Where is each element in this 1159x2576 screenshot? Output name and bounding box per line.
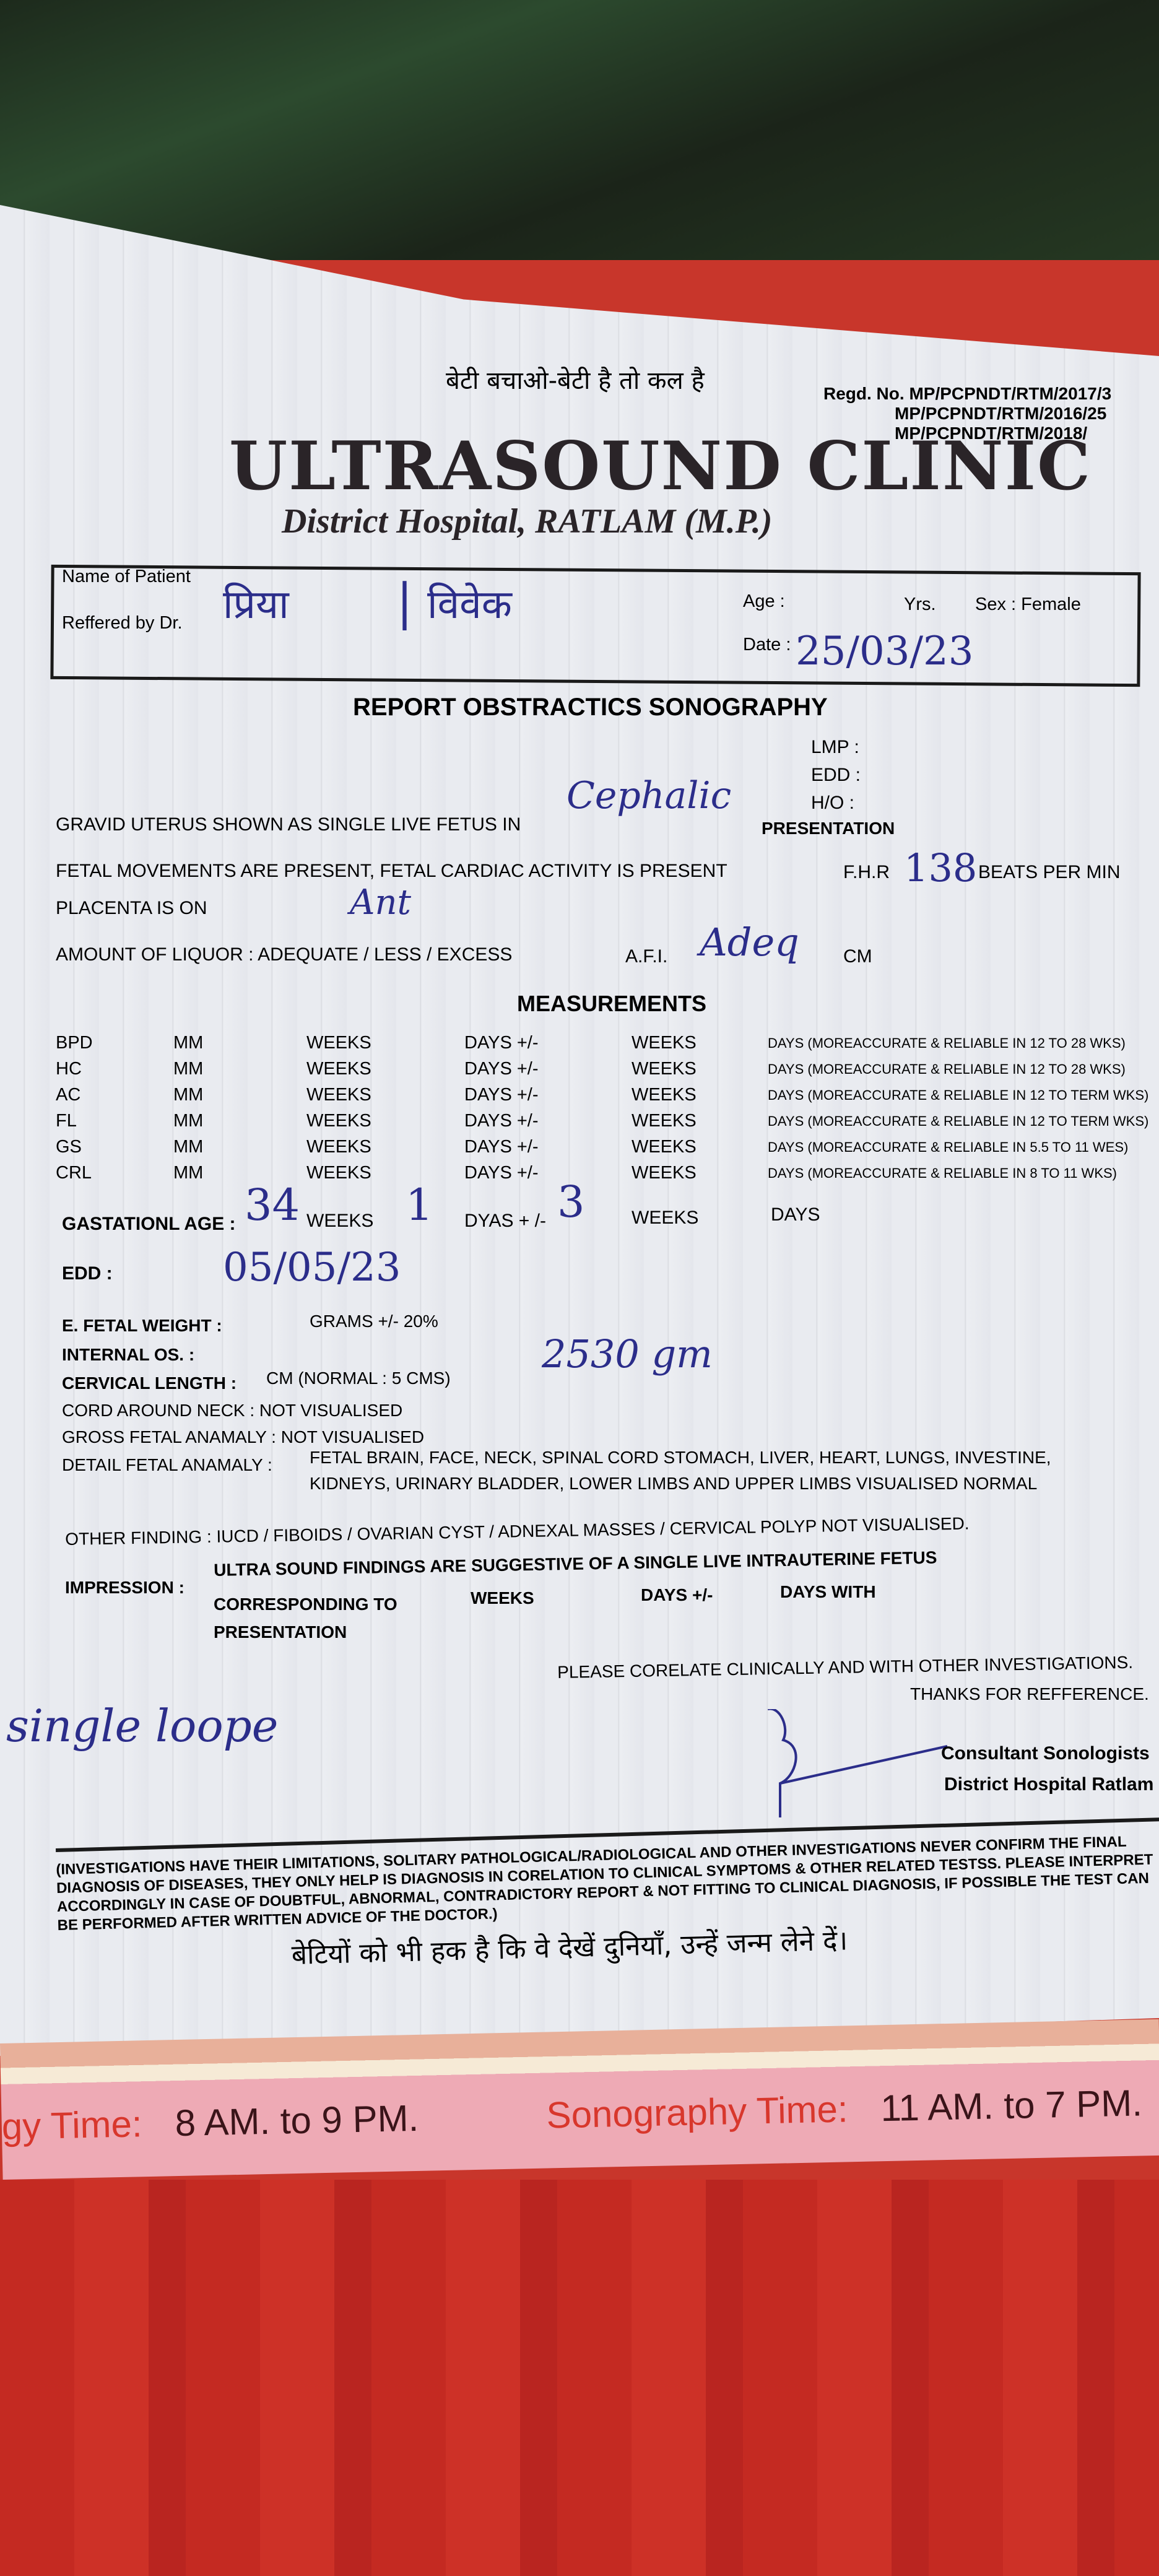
referred-doctor-value: विवेक xyxy=(427,576,512,630)
impression-days: DAYS +/- xyxy=(641,1585,713,1605)
lmp-label: LMP : xyxy=(811,737,859,758)
edd-top-label: EDD : xyxy=(811,765,861,786)
internal-os-label: INTERNAL OS. : xyxy=(62,1345,194,1365)
row-weeks2: WEEKS xyxy=(632,1033,697,1053)
gestational-days-value: 1 xyxy=(406,1180,433,1230)
red-fabric-background xyxy=(0,2180,1159,2576)
banner-left-value: 8 AM. to 9 PM. xyxy=(175,2097,419,2144)
row-note: DAYS (MOREACCURATE & RELIABLE IN 12 TO 2… xyxy=(768,1035,1126,1051)
row-name: AC xyxy=(56,1085,80,1105)
row-note: DAYS (MOREACCURATE & RELIABLE IN 8 TO 11… xyxy=(768,1165,1117,1181)
timing-banner: gy Time: 8 AM. to 9 PM. Sonography Time:… xyxy=(0,2019,1159,2180)
signature xyxy=(762,1709,960,1821)
fetal-movements-text: FETAL MOVEMENTS ARE PRESENT, FETAL CARDI… xyxy=(56,861,727,882)
liquor-text: AMOUNT OF LIQUOR : ADEQUATE / LESS / EXC… xyxy=(56,944,512,965)
fhr-unit: BEATS PER MIN xyxy=(978,862,1120,883)
row-weeks2: WEEKS xyxy=(632,1137,697,1157)
impression-days-with: DAYS WITH xyxy=(780,1582,876,1602)
patient-name-label: Name of Patient xyxy=(62,567,191,587)
name-separator: | xyxy=(396,573,413,630)
row-days: DAYS +/- xyxy=(464,1137,539,1157)
clinic-subtitle: District Hospital, RATLAM (M.P.) xyxy=(282,502,772,541)
gestational-days2-label: DAYS xyxy=(771,1204,820,1225)
gestational-weeks-label: WEEKS xyxy=(306,1211,373,1232)
gestational-weeks2-label: WEEKS xyxy=(632,1207,698,1229)
regd-label: Regd. No. xyxy=(823,384,905,403)
placenta-label: PLACENTA IS ON xyxy=(56,898,207,919)
row-weeks: WEEKS xyxy=(306,1059,371,1079)
row-note: DAYS (MOREACCURATE & RELIABLE IN 5.5 TO … xyxy=(768,1139,1128,1155)
row-unit: MM xyxy=(173,1033,203,1053)
age-label: Age : xyxy=(743,591,785,612)
row-weeks2: WEEKS xyxy=(632,1163,697,1183)
regd-number-1: MP/PCPNDT/RTM/2017/3 xyxy=(909,384,1111,403)
row-days: DAYS +/- xyxy=(464,1059,539,1079)
detail-fetal-anomaly-line2: KIDNEYS, URINARY BLADDER, LOWER LIMBS AN… xyxy=(310,1474,1037,1494)
fhr-label: F.H.R xyxy=(843,862,890,883)
row-name: BPD xyxy=(56,1033,93,1053)
edd-label: EDD : xyxy=(62,1263,113,1284)
row-note: DAYS (MOREACCURATE & RELIABLE IN 12 TO T… xyxy=(768,1087,1148,1103)
report-heading: REPORT OBSTRACTICS SONOGRAPHY xyxy=(353,694,828,721)
thanks-text: THANKS FOR REFFERENCE. xyxy=(910,1684,1149,1704)
gestational-pm-value: 3 xyxy=(557,1177,585,1227)
row-weeks2: WEEKS xyxy=(632,1059,697,1079)
yrs-label: Yrs. xyxy=(904,594,936,615)
row-weeks2: WEEKS xyxy=(632,1111,697,1131)
row-name: GS xyxy=(56,1137,82,1157)
row-weeks: WEEKS xyxy=(306,1111,371,1131)
presentation-label: PRESENTATION xyxy=(762,819,895,838)
patient-name-value: प्रिया xyxy=(223,576,289,630)
row-days: DAYS +/- xyxy=(464,1033,539,1053)
referred-by-label: Reffered by Dr. xyxy=(62,613,183,633)
row-weeks: WEEKS xyxy=(306,1033,371,1053)
ho-label: H/O : xyxy=(811,793,854,814)
handwritten-note: single loope xyxy=(6,1700,278,1752)
gestational-age-label: GASTATIONL AGE : xyxy=(62,1214,236,1235)
date-value: 25/03/23 xyxy=(796,629,973,674)
row-note: DAYS (MOREACCURATE & RELIABLE IN 12 TO 2… xyxy=(768,1061,1126,1077)
placenta-value: Ant xyxy=(350,882,411,923)
impression-presentation: PRESENTATION xyxy=(214,1622,347,1642)
edd-value: 05/05/23 xyxy=(223,1245,401,1290)
row-weeks: WEEKS xyxy=(306,1163,371,1183)
consultant-label: Consultant Sonologists xyxy=(941,1743,1150,1764)
row-unit: MM xyxy=(173,1059,203,1079)
date-label: Date : xyxy=(743,635,791,655)
cord-around-neck: CORD AROUND NECK : NOT VISUALISED xyxy=(62,1401,402,1421)
row-days: DAYS +/- xyxy=(464,1163,539,1183)
afi-unit: CM xyxy=(843,946,872,967)
hospital-label: District Hospital Ratlam xyxy=(944,1774,1153,1795)
detail-fetal-anomaly-label: DETAIL FETAL ANAMALY : xyxy=(62,1455,272,1475)
efw-unit: GRAMS +/- 20% xyxy=(310,1312,438,1331)
patient-info-box xyxy=(50,565,1140,687)
efw-value: 2530 gm xyxy=(542,1331,713,1377)
banner-left-label: gy Time: xyxy=(1,2102,142,2148)
row-unit: MM xyxy=(173,1111,203,1131)
row-name: HC xyxy=(56,1059,82,1079)
banner-right-value: 11 AM. to 7 PM. xyxy=(880,2081,1143,2130)
row-weeks: WEEKS xyxy=(306,1137,371,1157)
measurements-heading: MEASUREMENTS xyxy=(517,991,706,1017)
presentation-value: Cephalic xyxy=(566,774,731,817)
sex-label: Sex : Female xyxy=(975,594,1081,615)
gestational-days-label: DYAS + /- xyxy=(464,1211,546,1232)
row-weeks: WEEKS xyxy=(306,1085,371,1105)
efw-label: E. FETAL WEIGHT : xyxy=(62,1316,222,1336)
row-note: DAYS (MOREACCURATE & RELIABLE IN 12 TO T… xyxy=(768,1113,1148,1129)
fhr-value: 138 xyxy=(904,845,977,890)
row-name: FL xyxy=(56,1111,77,1131)
cervical-length-unit: CM (NORMAL : 5 CMS) xyxy=(266,1368,451,1388)
impression-corresponding: CORRESPONDING TO xyxy=(214,1595,397,1614)
impression-label: IMPRESSION : xyxy=(65,1578,184,1598)
row-weeks2: WEEKS xyxy=(632,1085,697,1105)
gravid-uterus-text: GRAVID UTERUS SHOWN AS SINGLE LIVE FETUS… xyxy=(56,814,521,835)
row-name: CRL xyxy=(56,1163,92,1183)
cervical-length-label: CERVICAL LENGTH : xyxy=(62,1373,237,1393)
row-unit: MM xyxy=(173,1085,203,1105)
impression-weeks: WEEKS xyxy=(471,1588,534,1608)
afi-value: Adeq xyxy=(700,920,799,965)
row-unit: MM xyxy=(173,1137,203,1157)
afi-label: A.F.I. xyxy=(625,946,667,967)
banner-right-label: Sonography Time: xyxy=(546,2087,848,2136)
hindi-slogan-top: बेटी बचाओ-बेटी है तो कल है xyxy=(446,362,705,396)
row-days: DAYS +/- xyxy=(464,1111,539,1131)
row-days: DAYS +/- xyxy=(464,1085,539,1105)
row-unit: MM xyxy=(173,1163,203,1183)
background-foliage xyxy=(0,0,1159,260)
clinic-title: ULTRASOUND CLINIC xyxy=(229,427,1092,505)
gestational-weeks-value: 34 xyxy=(245,1180,300,1230)
detail-fetal-anomaly-line1: FETAL BRAIN, FACE, NECK, SPINAL CORD STO… xyxy=(310,1448,1051,1468)
gross-fetal-anomaly: GROSS FETAL ANAMALY : NOT VISUALISED xyxy=(62,1427,424,1447)
regd-number-2: MP/PCPNDT/RTM/2016/25 xyxy=(823,404,1106,423)
